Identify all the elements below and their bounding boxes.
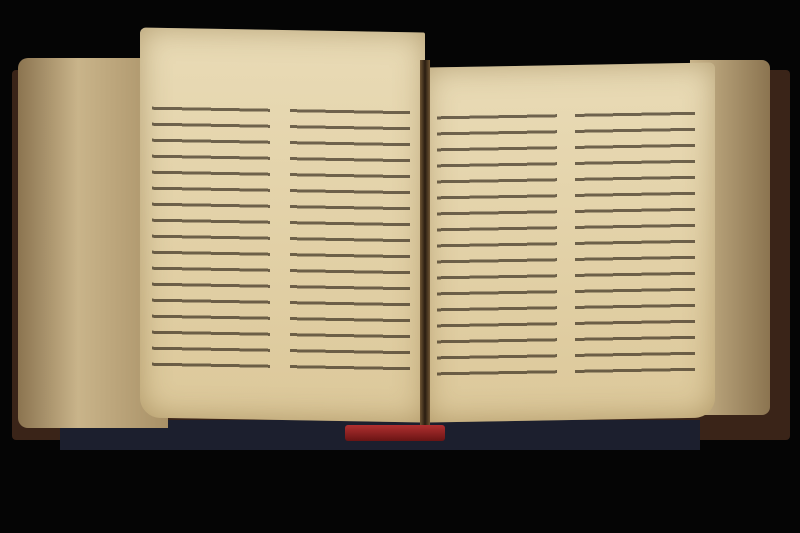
right-page xyxy=(425,62,715,422)
photo-scene: Open ancient Hebrew manuscript codex xyxy=(0,0,800,533)
spine-ribbon xyxy=(345,425,445,441)
right-page-column-1 xyxy=(437,105,557,382)
left-page xyxy=(140,28,425,423)
left-page-column-2 xyxy=(290,100,410,382)
right-page-column-2 xyxy=(575,103,695,380)
book-gutter xyxy=(420,60,430,425)
left-page-column-1 xyxy=(152,98,270,380)
